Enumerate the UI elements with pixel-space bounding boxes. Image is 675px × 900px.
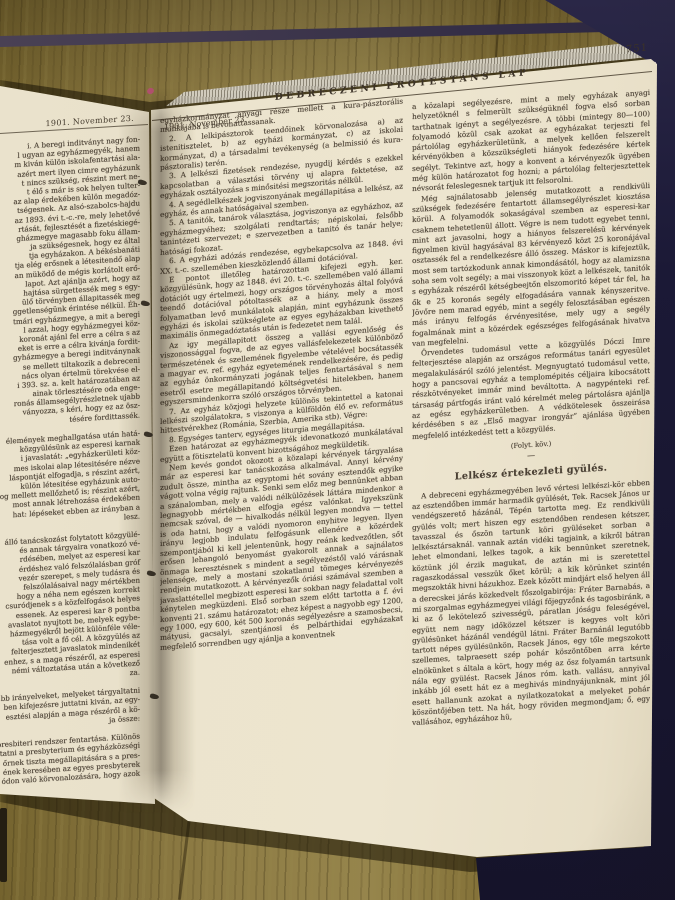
paragraph: Örvendetes tudomásul vette a közgyülés D… — [412, 335, 650, 442]
paragraph: a közalapi segélyezésre, mint a mely egy… — [412, 88, 650, 195]
right-page-column-2: a közalapi segélyezésre, mint a mely egy… — [412, 88, 650, 832]
paragraph: Nem kevés gondot okozott a közalapi kérv… — [160, 444, 403, 652]
right-page-column-1: egyházkormányzat anyagi része mellett a … — [160, 96, 403, 792]
paragraph: A debreceni egyházmegyében levő vértesi … — [412, 478, 650, 729]
gutter-shadow — [118, 88, 196, 814]
page-number: 751 — [626, 42, 648, 55]
photo-of-open-book: 1901. November 23. i. A beregi inditvány… — [0, 0, 675, 900]
table-edge-shadow — [0, 808, 7, 882]
paragraph: Még sajnálatosabb jelenség mutatkozott a… — [412, 181, 650, 350]
